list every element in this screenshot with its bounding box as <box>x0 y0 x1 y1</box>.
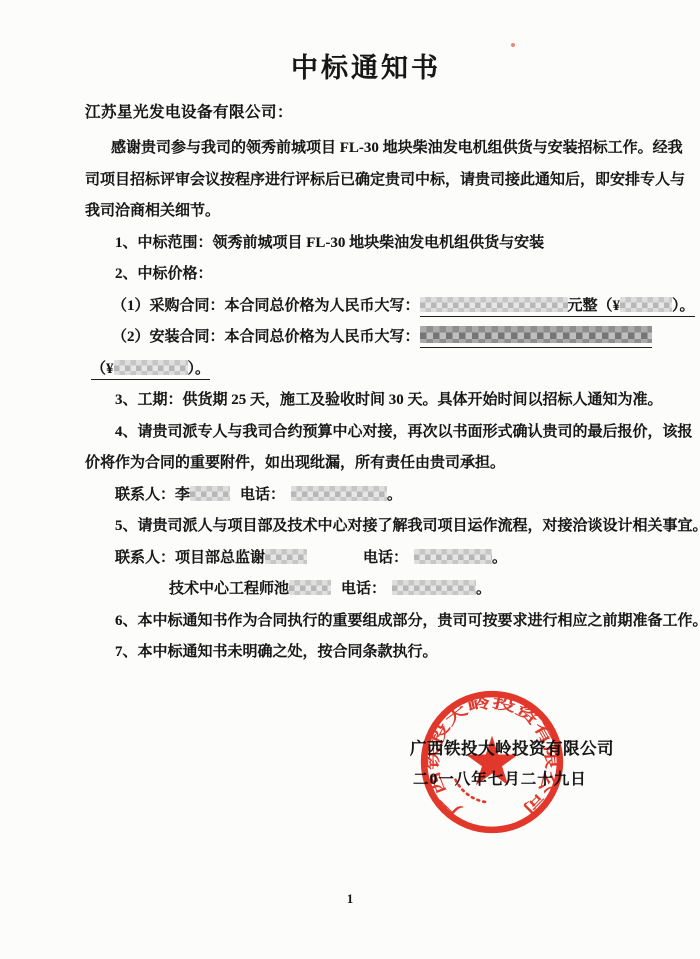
item-liaison: 5、请贵司派人与项目部及技术中心对接了解我司项目运作流程，对接洽谈设计相关事宜。 <box>85 511 645 543</box>
purchase-amount-suffix: ）。 <box>672 298 695 314</box>
install-figures-open: （¥ <box>91 361 114 377</box>
intro-line-2: 司项目招标评审会议按程序进行评标后已确定贵司中标，请贵司接此通知后，即安排专人与 <box>85 165 645 197</box>
redacted-contact1-phone <box>291 486 387 501</box>
install-contract-line: （2）安装合同：本合同总价格为人民币大写： <box>85 322 645 354</box>
install-figures-close: ）。 <box>188 361 211 377</box>
purchase-contract-line: （1）采购合同：本合同总价格为人民币大写：元整（¥）。 <box>85 291 645 323</box>
contact3-label: 技术中心工程师池 <box>169 581 289 597</box>
scan-speck <box>511 43 515 47</box>
contact3-period: 。 <box>476 581 491 597</box>
redacted-purchase-amount-figures <box>620 297 672 312</box>
intro-line-3: 我司洽商相关细节。 <box>85 196 645 228</box>
install-contract-line-2: （¥）。 <box>85 354 645 386</box>
redacted-contact3-name <box>289 580 331 595</box>
addressee-line: 江苏星光发电设备有限公司： <box>85 100 293 122</box>
redacted-contact2-phone <box>414 549 492 564</box>
contact2-label: 联系人：项目部总监谢 <box>115 550 265 566</box>
redacted-install-amount-figures <box>114 360 188 375</box>
scanned-document-page: 中标通知书 江苏星光发电设备有限公司： 感谢贵司参与我司的领秀前城项目 FL-3… <box>0 0 700 959</box>
contact1-label: 联系人：李 <box>115 487 190 503</box>
install-amount-underlined <box>420 329 652 348</box>
contact2-phone-label: 电话： <box>363 550 408 566</box>
contact1-phone-label: 电话： <box>240 487 285 503</box>
contact1-period: 。 <box>387 487 402 503</box>
redacted-purchase-amount-words <box>420 297 568 312</box>
contact2-period: 。 <box>492 550 507 566</box>
document-title: 中标通知书 <box>16 46 700 85</box>
purchase-amount-mid: 元整（¥ <box>568 298 621 314</box>
purchase-contract-label: （1）采购合同：本合同总价格为人民币大写： <box>112 298 420 314</box>
item-confirm-line-2: 价将作为合同的重要附件，如出现纰漏，所有责任由贵司承担。 <box>85 448 645 480</box>
contact3-phone-label: 电话： <box>341 581 386 597</box>
redacted-contact2-name <box>265 549 307 564</box>
page-number: 1 <box>0 891 700 907</box>
seal-star <box>466 736 518 785</box>
contact-line-3: 技术中心工程师池电话：。 <box>85 574 645 606</box>
item-schedule: 3、工期：供货期 25 天，施工及验收时间 30 天。具体开始时间以招标人通知为… <box>85 385 645 417</box>
document-body: 感谢贵司参与我司的领秀前城项目 FL-30 地块柴油发电机组供货与安装招标工作。… <box>85 133 645 669</box>
item-price-heading: 2、中标价格： <box>85 259 645 291</box>
install-contract-label: （2）安装合同：本合同总价格为人民币大写： <box>112 329 420 345</box>
redacted-install-amount-words <box>420 326 652 343</box>
purchase-amount-underlined: 元整（¥）。 <box>420 298 695 317</box>
item-contract-terms: 7、本中标通知书未明确之处，按合同条款执行。 <box>85 637 645 669</box>
redacted-contact1-name <box>190 486 230 501</box>
item-confirm-line-1: 4、请贵司派专人与我司合约预算中心对接，再次以书面形式确认贵司的最后报价，该报 <box>85 417 645 449</box>
redacted-contact3-phone <box>392 580 476 595</box>
contact-line-1: 联系人：李电话：。 <box>85 480 645 512</box>
contact-line-2: 联系人：项目部总监谢电话：。 <box>85 543 645 575</box>
item-notice-part: 6、本中标通知书作为合同执行的重要组成部分，贵司可按要求进行相应之前期准备工作。 <box>85 606 645 638</box>
intro-line-1: 感谢贵司参与我司的领秀前城项目 FL-30 地块柴油发电机组供货与安装招标工作。… <box>85 133 645 165</box>
install-figures-underlined: （¥）。 <box>91 361 210 380</box>
item-scope: 1、中标范围：领秀前城项目 FL-30 地块柴油发电机组供货与安装 <box>85 228 645 260</box>
company-seal: 广西铁投大岭投资有限公司 <box>416 686 568 838</box>
